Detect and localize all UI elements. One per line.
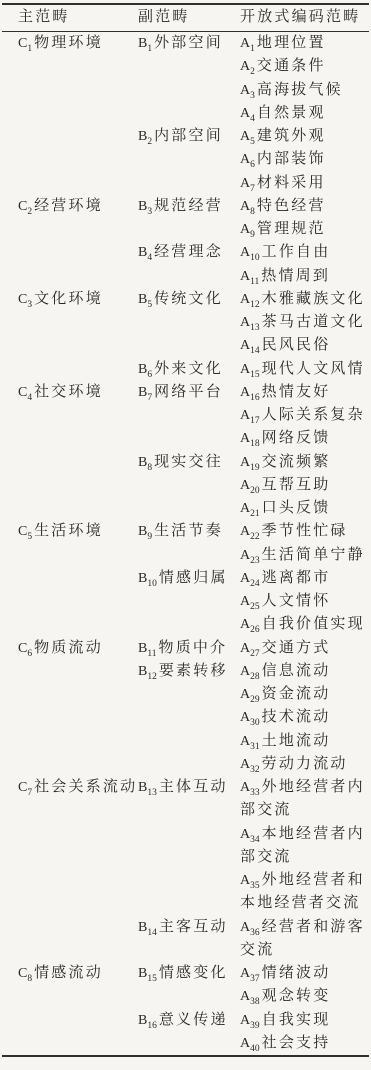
open-coding-term: A8特色经营: [240, 198, 326, 214]
main-category-cell: [2, 590, 138, 613]
category-subscript: 34: [250, 835, 260, 845]
category-label: 经营者和游客交流: [240, 919, 365, 958]
sub-category-cell: [138, 985, 240, 1008]
open-coding-cell: A40社会支持: [240, 1032, 369, 1056]
open-coding-term: A13茶马古道文化: [240, 314, 365, 330]
category-letter: A: [240, 780, 250, 795]
sub-category-cell: [138, 823, 240, 870]
category-subscript: 3: [147, 207, 152, 217]
main-category-cell: [2, 102, 138, 125]
category-label: 自我价值实现: [262, 616, 365, 632]
sub-category-cell: [138, 79, 240, 102]
category-label: 文化环境: [34, 291, 103, 307]
table-row: A29资金流动: [2, 683, 369, 706]
category-label: 生活简单宁静: [262, 547, 365, 563]
sub-category-cell: B6外来文化: [138, 358, 240, 381]
open-coding-cell: A13茶马古道文化: [240, 311, 369, 334]
category-label: 交通方式: [262, 640, 331, 656]
main-category-cell: [2, 451, 138, 474]
category-subscript: 16: [147, 1021, 157, 1031]
main-category-cell: [2, 706, 138, 729]
category-letter: A: [240, 687, 250, 702]
category-subscript: 6: [250, 160, 255, 170]
category-subscript: 10: [147, 579, 157, 589]
main-category-cell: [2, 172, 138, 195]
category-label: 口头反馈: [262, 500, 331, 516]
open-coding-cell: A26自我价值实现: [240, 613, 369, 636]
open-coding-cell: A34本地经营者内部交流: [240, 823, 369, 870]
sub-category-cell: [138, 497, 240, 520]
category-subscript: 17: [250, 416, 260, 426]
main-category-cell: [2, 1009, 138, 1032]
category-letter: A: [240, 617, 250, 632]
sub-category-term: B14主客互动: [138, 919, 228, 935]
main-category-cell: [2, 753, 138, 776]
category-letter: B: [138, 385, 147, 400]
category-label: 情感变化: [159, 965, 228, 981]
category-label: 技术流动: [262, 709, 331, 725]
category-letter: A: [240, 548, 250, 563]
category-letter: A: [240, 129, 250, 144]
sub-category-cell: [138, 172, 240, 195]
category-subscript: 24: [250, 579, 260, 589]
category-subscript: 28: [250, 672, 260, 682]
open-coding-term: A36经营者和游客交流: [240, 919, 365, 958]
category-subscript: 37: [250, 974, 260, 984]
category-label: 规范经营: [154, 198, 223, 214]
open-coding-term: A15现代人文风情: [240, 361, 365, 377]
category-subscript: 27: [250, 649, 260, 659]
category-subscript: 15: [147, 974, 157, 984]
open-coding-term: A2交通条件: [240, 58, 326, 74]
open-coding-cell: A2交通条件: [240, 55, 369, 78]
table-row: A14民风民俗: [2, 334, 369, 357]
sub-category-cell: [138, 404, 240, 427]
main-category-cell: C2经营环境: [2, 195, 138, 218]
main-category-cell: [2, 79, 138, 102]
open-coding-term: A18网络反馈: [240, 430, 330, 446]
table-row: A6内部装饰: [2, 148, 369, 171]
category-letter: A: [240, 106, 250, 121]
open-coding-term: A9管理规范: [240, 221, 326, 237]
main-category-term: C1物理环境: [18, 35, 103, 51]
sub-category-cell: [138, 55, 240, 78]
open-coding-term: A30技术流动: [240, 709, 330, 725]
main-category-cell: C7社会关系流动: [2, 776, 138, 823]
category-letter: B: [138, 362, 147, 377]
category-label: 木雅藏族文化: [262, 291, 365, 307]
category-label: 地理位置: [257, 35, 326, 51]
category-letter: B: [138, 780, 147, 795]
category-subscript: 23: [250, 556, 260, 566]
header-open-coding-category: 开放式编码范畴: [240, 4, 369, 32]
main-category-cell: [2, 474, 138, 497]
category-subscript: 7: [250, 184, 255, 194]
category-label: 主体互动: [159, 779, 228, 795]
category-letter: A: [240, 36, 250, 51]
open-coding-term: A26自我价值实现: [240, 616, 365, 632]
category-subscript: 32: [250, 765, 260, 775]
table-row: B14主客互动A36经营者和游客交流: [2, 916, 369, 963]
category-letter: A: [240, 827, 250, 842]
category-label: 现实交往: [154, 454, 223, 470]
category-subscript: 7: [147, 393, 152, 403]
sub-category-cell: B1外部空间: [138, 32, 240, 56]
sub-category-cell: [138, 218, 240, 241]
sub-category-cell: [138, 102, 240, 125]
sub-category-cell: [138, 311, 240, 334]
table-row: B10情感归属A24逃离都市: [2, 567, 369, 590]
open-coding-term: A7材料采用: [240, 175, 326, 191]
table-row: A23生活简单宁静: [2, 544, 369, 567]
category-subscript: 18: [250, 439, 260, 449]
open-coding-cell: A25人文情怀: [240, 590, 369, 613]
open-coding-term: A38观念转变: [240, 988, 330, 1004]
category-subscript: 16: [250, 393, 260, 403]
table-row: A40社会支持: [2, 1032, 369, 1056]
category-label: 外来文化: [154, 361, 223, 377]
category-subscript: 13: [250, 323, 260, 333]
main-category-cell: [2, 730, 138, 753]
category-label: 人际关系复杂: [262, 407, 365, 423]
main-category-cell: [2, 427, 138, 450]
category-subscript: 30: [250, 718, 260, 728]
open-coding-cell: A39自我实现: [240, 1009, 369, 1032]
sub-category-cell: [138, 683, 240, 706]
sub-category-cell: [138, 869, 240, 916]
sub-category-cell: [138, 613, 240, 636]
category-subscript: 14: [147, 928, 157, 938]
open-coding-cell: A14民风民俗: [240, 334, 369, 357]
category-letter: A: [240, 1036, 250, 1051]
open-coding-term: A28信息流动: [240, 663, 330, 679]
sub-category-cell: B9生活节奏: [138, 520, 240, 543]
sub-category-cell: B15情感变化: [138, 962, 240, 985]
open-coding-term: A39自我实现: [240, 1012, 330, 1028]
category-letter: B: [138, 920, 147, 935]
sub-category-cell: [138, 1032, 240, 1056]
sub-category-cell: B8现实交往: [138, 451, 240, 474]
open-coding-cell: A23生活简单宁静: [240, 544, 369, 567]
table-row: A17人际关系复杂: [2, 404, 369, 427]
category-subscript: 20: [250, 486, 260, 496]
category-label: 情感归属: [159, 570, 228, 586]
category-letter: A: [240, 199, 250, 214]
category-letter: C: [18, 292, 27, 307]
open-coding-term: A1地理位置: [240, 35, 326, 51]
sub-category-cell: B12要素转移: [138, 660, 240, 683]
category-label: 生活节奏: [154, 523, 223, 539]
main-category-cell: [2, 567, 138, 590]
main-category-term: C2经营环境: [18, 198, 103, 214]
category-subscript: 40: [250, 1044, 260, 1054]
main-category-cell: [2, 613, 138, 636]
category-label: 管理规范: [257, 221, 326, 237]
open-coding-cell: A37情绪波动: [240, 962, 369, 985]
open-coding-cell: A31土地流动: [240, 730, 369, 753]
category-subscript: 2: [250, 67, 255, 77]
category-label: 信息流动: [262, 663, 331, 679]
open-coding-cell: A36经营者和游客交流: [240, 916, 369, 963]
open-coding-cell: A9管理规范: [240, 218, 369, 241]
category-subscript: 15: [250, 370, 260, 380]
open-coding-term: A14民风民俗: [240, 337, 330, 353]
category-letter: A: [240, 641, 250, 656]
category-subscript: 22: [250, 532, 260, 542]
open-coding-cell: A27交通方式: [240, 637, 369, 660]
open-coding-cell: A33外地经营者内部交流: [240, 776, 369, 823]
table-row: A3高海拔气候: [2, 79, 369, 102]
category-letter: A: [240, 152, 250, 167]
table-row: A25人文情怀: [2, 590, 369, 613]
category-letter: C: [18, 780, 27, 795]
category-label: 社会支持: [262, 1035, 331, 1051]
category-subscript: 1: [250, 44, 255, 54]
main-category-cell: C4社交环境: [2, 381, 138, 404]
category-label: 生活环境: [34, 523, 103, 539]
category-subscript: 26: [250, 625, 260, 635]
category-subscript: 8: [250, 207, 255, 217]
open-coding-cell: A24逃离都市: [240, 567, 369, 590]
category-subscript: 35: [250, 881, 260, 891]
open-coding-cell: A6内部装饰: [240, 148, 369, 171]
category-letter: A: [240, 757, 250, 772]
sub-category-cell: [138, 753, 240, 776]
open-coding-cell: A32劳动力流动: [240, 753, 369, 776]
sub-category-cell: B16意义传递: [138, 1009, 240, 1032]
category-subscript: 13: [147, 788, 157, 798]
category-label: 社交环境: [34, 384, 103, 400]
category-label: 内部装饰: [257, 151, 326, 167]
main-category-cell: [2, 265, 138, 288]
category-subscript: 6: [147, 370, 152, 380]
table-row: A13茶马古道文化: [2, 311, 369, 334]
header-sub-category: 副范畴: [138, 4, 240, 32]
category-letter: B: [138, 245, 147, 260]
main-category-cell: [2, 544, 138, 567]
table-row: A18网络反馈: [2, 427, 369, 450]
category-subscript: 11: [250, 277, 259, 287]
category-letter: A: [240, 83, 250, 98]
open-coding-term: A22季节性忙碌: [240, 523, 348, 539]
category-label: 民风民俗: [262, 337, 331, 353]
category-subscript: 4: [147, 253, 152, 263]
open-coding-category-table: 主范畴 副范畴 开放式编码范畴 C1物理环境B1外部空间A1地理位置A2交通条件…: [2, 3, 369, 1057]
category-label: 经营环境: [34, 198, 103, 214]
category-label: 工作自由: [262, 244, 331, 260]
open-coding-cell: A20互帮互助: [240, 474, 369, 497]
open-coding-cell: A3高海拔气候: [240, 79, 369, 102]
sub-category-cell: [138, 148, 240, 171]
category-label: 建筑外观: [257, 128, 326, 144]
category-letter: A: [240, 455, 250, 470]
main-category-cell: [2, 358, 138, 381]
open-coding-cell: A16热情友好: [240, 381, 369, 404]
category-letter: A: [240, 59, 250, 74]
sub-category-cell: [138, 590, 240, 613]
main-category-cell: [2, 660, 138, 683]
main-category-cell: [2, 1032, 138, 1056]
category-letter: A: [240, 664, 250, 679]
sub-category-term: B2内部空间: [138, 128, 223, 144]
table-row: A31土地流动: [2, 730, 369, 753]
category-letter: C: [18, 966, 27, 981]
category-label: 材料采用: [257, 175, 326, 191]
sub-category-term: B11物质中介: [138, 640, 227, 656]
scanned-paper-table-page: 主范畴 副范畴 开放式编码范畴 C1物理环境B1外部空间A1地理位置A2交通条件…: [0, 0, 371, 1057]
category-letter: A: [240, 362, 250, 377]
category-label: 逃离都市: [262, 570, 331, 586]
sub-category-term: B15情感变化: [138, 965, 228, 981]
main-category-cell: C3文化环境: [2, 288, 138, 311]
category-letter: A: [240, 245, 250, 260]
sub-category-cell: [138, 427, 240, 450]
table-row: B6外来文化A15现代人文风情: [2, 358, 369, 381]
header-main-category: 主范畴: [2, 4, 138, 32]
open-coding-cell: A30技术流动: [240, 706, 369, 729]
category-subscript: 8: [27, 974, 32, 984]
open-coding-term: A12木雅藏族文化: [240, 291, 365, 307]
category-label: 人文情怀: [262, 593, 331, 609]
category-label: 茶马古道文化: [262, 314, 365, 330]
open-coding-cell: A19交流频繁: [240, 451, 369, 474]
open-coding-term: A24逃离都市: [240, 570, 330, 586]
category-letter: A: [240, 315, 250, 330]
table-row: A11热情周到: [2, 265, 369, 288]
open-coding-term: A25人文情怀: [240, 593, 330, 609]
category-letter: A: [240, 1013, 250, 1028]
open-coding-cell: A12木雅藏族文化: [240, 288, 369, 311]
category-letter: A: [240, 292, 250, 307]
open-coding-cell: A22季节性忙碌: [240, 520, 369, 543]
open-coding-term: A21口头反馈: [240, 500, 330, 516]
main-category-cell: [2, 497, 138, 520]
open-coding-term: A20互帮互助: [240, 477, 330, 493]
category-subscript: 1: [147, 44, 152, 54]
table-row: C2经营环境B3规范经营A8特色经营: [2, 195, 369, 218]
category-label: 经营理念: [154, 244, 223, 260]
category-subscript: 7: [27, 788, 32, 798]
category-letter: A: [240, 222, 250, 237]
category-letter: A: [240, 734, 250, 749]
open-coding-term: A4自然景观: [240, 105, 326, 121]
category-letter: A: [240, 966, 250, 981]
open-coding-term: A31土地流动: [240, 733, 330, 749]
category-label: 要素转移: [159, 663, 228, 679]
main-category-cell: [2, 985, 138, 1008]
category-subscript: 2: [147, 137, 152, 147]
main-category-cell: [2, 916, 138, 963]
category-letter: C: [18, 524, 27, 539]
category-subscript: 21: [250, 509, 260, 519]
open-coding-cell: A10工作自由: [240, 241, 369, 264]
table-row: A9管理规范: [2, 218, 369, 241]
open-coding-term: A5建筑外观: [240, 128, 326, 144]
main-category-cell: [2, 683, 138, 706]
category-subscript: 39: [250, 1021, 260, 1031]
open-coding-term: A29资金流动: [240, 686, 330, 702]
category-subscript: 9: [250, 230, 255, 240]
category-label: 物质流动: [34, 640, 103, 656]
category-letter: A: [240, 385, 250, 400]
category-letter: A: [240, 571, 250, 586]
open-coding-term: A37情绪波动: [240, 965, 330, 981]
table-row: C1物理环境B1外部空间A1地理位置: [2, 32, 369, 56]
category-letter: A: [240, 338, 250, 353]
sub-category-cell: B10情感归属: [138, 567, 240, 590]
table-row: C7社会关系流动B13主体互动A33外地经营者内部交流: [2, 776, 369, 823]
open-coding-term: A33外地经营者内部交流: [240, 779, 365, 818]
sub-category-cell: B14主客互动: [138, 916, 240, 963]
main-category-cell: [2, 55, 138, 78]
category-letter: C: [18, 36, 27, 51]
main-category-cell: [2, 334, 138, 357]
sub-category-term: B12要素转移: [138, 663, 228, 679]
category-subscript: 3: [27, 300, 32, 310]
table-row: C5生活环境B9生活节奏A22季节性忙碌: [2, 520, 369, 543]
table-row: C6物质流动B11物质中介A27交通方式: [2, 637, 369, 660]
open-coding-cell: A38观念转变: [240, 985, 369, 1008]
category-letter: A: [240, 431, 250, 446]
table-row: C8情感流动B15情感变化A37情绪波动: [2, 962, 369, 985]
category-label: 热情周到: [261, 268, 330, 284]
category-letter: B: [138, 524, 147, 539]
category-letter: A: [240, 269, 250, 284]
table-row: A21口头反馈: [2, 497, 369, 520]
category-letter: B: [138, 1013, 147, 1028]
main-category-cell: C8情感流动: [2, 962, 138, 985]
open-coding-term: A16热情友好: [240, 384, 330, 400]
table-row: B16意义传递A39自我实现: [2, 1009, 369, 1032]
open-coding-term: A17人际关系复杂: [240, 407, 365, 423]
category-label: 现代人文风情: [262, 361, 365, 377]
main-category-cell: C6物质流动: [2, 637, 138, 660]
category-label: 热情友好: [262, 384, 331, 400]
category-subscript: 3: [250, 91, 255, 101]
open-coding-cell: A28信息流动: [240, 660, 369, 683]
category-label: 外部空间: [154, 35, 223, 51]
category-subscript: 29: [250, 695, 260, 705]
category-label: 意义传递: [159, 1012, 228, 1028]
open-coding-term: A35外地经营者和本地经营者交流: [240, 872, 365, 911]
table-row: A2交通条件: [2, 55, 369, 78]
open-coding-term: A3高海拔气候: [240, 82, 343, 98]
open-coding-term: A6内部装饰: [240, 151, 326, 167]
category-subscript: 4: [27, 393, 32, 403]
sub-category-term: B7网络平台: [138, 384, 223, 400]
table-row: B2内部空间A5建筑外观: [2, 125, 369, 148]
table-row: A35外地经营者和本地经营者交流: [2, 869, 369, 916]
category-letter: A: [240, 524, 250, 539]
sub-category-cell: [138, 334, 240, 357]
sub-category-term: B9生活节奏: [138, 523, 223, 539]
table-body: C1物理环境B1外部空间A1地理位置A2交通条件A3高海拔气候A4自然景观B2内…: [2, 32, 369, 1057]
category-letter: B: [138, 641, 147, 656]
header-row: 主范畴 副范畴 开放式编码范畴: [2, 4, 369, 32]
category-label: 外地经营者内部交流: [240, 779, 365, 818]
sub-category-term: B13主体互动: [138, 779, 228, 795]
table-row: B4经营理念A10工作自由: [2, 241, 369, 264]
table-row: A38观念转变: [2, 985, 369, 1008]
open-coding-term: A32劳动力流动: [240, 756, 348, 772]
category-label: 网络平台: [154, 384, 223, 400]
table-row: A30技术流动: [2, 706, 369, 729]
sub-category-cell: [138, 706, 240, 729]
category-letter: B: [138, 292, 147, 307]
category-letter: B: [138, 571, 147, 586]
open-coding-cell: A18网络反馈: [240, 427, 369, 450]
category-letter: C: [18, 641, 27, 656]
